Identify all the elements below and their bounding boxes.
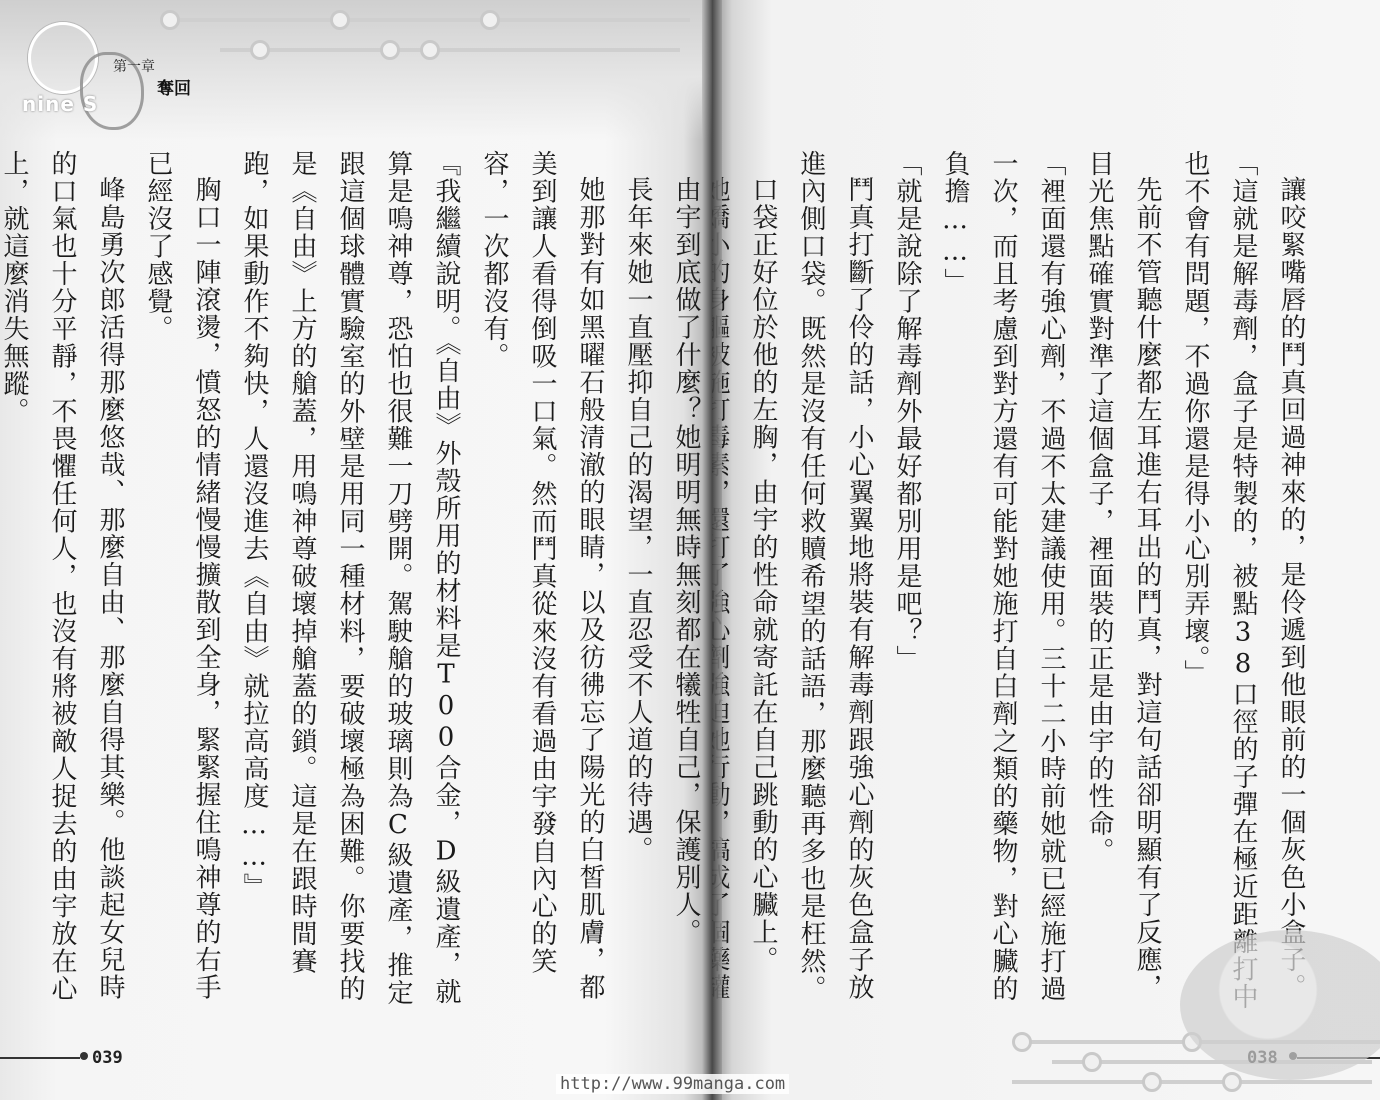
paragraph: 「就是說除了解毒劑外最好都別用是吧？」	[883, 150, 931, 1020]
folio-dot-icon	[80, 1052, 88, 1060]
right-page-body: 讓咬緊嘴唇的鬥真回過神來的，是伶遞到他眼前的一個灰色小盒子。 「這就是解毒劑，盒…	[745, 150, 1315, 1020]
left-page-body: 由宇到底做了什麼？她明明無時無刻都在犧牲自己，保護別人。 長年來她一直壓抑自己的…	[120, 150, 710, 1020]
folio-rule-left	[0, 1057, 80, 1059]
left-page: nine S 第一章 奪回 由宇到底做了什麼？她明明無時無刻都在犧牲自己，保護別…	[0, 0, 712, 1100]
site-watermark: http://www.99manga.com	[556, 1074, 789, 1094]
paragraph: 讓咬緊嘴唇的鬥真回過神來的，是伶遞到他眼前的一個灰色小盒子。	[1267, 150, 1315, 1020]
book-gutter	[702, 0, 722, 1100]
page-number-left: 039	[92, 1048, 123, 1068]
book-spread: nine S 第一章 奪回 由宇到底做了什麼？她明明無時無刻都在犧牲自己，保護別…	[0, 0, 1380, 1100]
paragraph: 胸口一陣滾燙，憤怒的情緒慢慢擴散到全身，緊緊握住鳴神尊的右手已經沒了感覺。	[134, 150, 230, 1020]
paragraph: 『我繼續說明。《自由》外殼所用的材料是T00合金，D級遺產，就算是鳴神尊，恐怕也…	[230, 150, 470, 1020]
paragraph: 先前不管聽什麼都左耳進右耳出的鬥真，對這句話卻明顯有了反應，目光焦點確實對準了這…	[1075, 150, 1171, 1020]
paragraph: 鬥真打斷了伶的話，小心翼翼地將裝有解毒劑跟強心劑的灰色盒子放進內側口袋。既然是沒…	[787, 150, 883, 1020]
chapter-label: 第一章	[113, 56, 155, 76]
paragraph: 「裡面還有強心劑，不過不太建議使用。三十二小時前她就已經施打過一次，而且考慮到對…	[931, 150, 1075, 1020]
paragraph: 口袋正好位於他的左胸，由宇的性命就寄託在自己跳動的心臟上。	[739, 150, 787, 1020]
paragraph: 「這就是解毒劑，盒子是特製的，被點38口徑的子彈在極近距離打中也不會有問題，不過…	[1171, 150, 1267, 1020]
paragraph: 長年來她一直壓抑自己的渴望，一直忍受不人道的待遇。	[614, 150, 662, 1020]
paragraph: 她那對有如黑曜石般清澈的眼睛，以及彷彿忘了陽光的白皙肌膚，都美到讓人看得倒吸一口…	[470, 150, 614, 1020]
logo-text: nine S	[22, 92, 98, 116]
circuit-decoration-header	[160, 4, 700, 84]
paragraph: 峰島勇次郎活得那麼悠哉、那麼自由、那麼自得其樂。他談起女兒時的口氣也十分平靜，不…	[0, 150, 134, 1020]
